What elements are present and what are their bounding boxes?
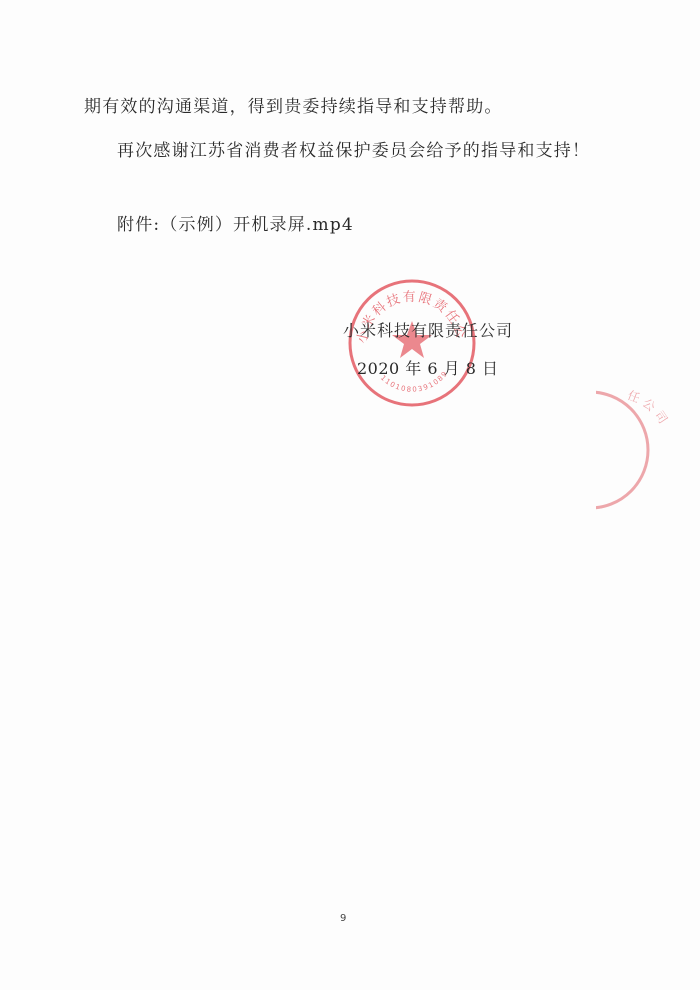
partial-seal-icon: 任公司 [596,388,700,512]
document-page: 小米科技有限责任公司 1101080391089 任公司 期有效的沟通渠道，得到… [0,0,700,990]
paragraph-2: 再次感谢江苏省消费者权益保护委员会给予的指导和支持！ [117,136,590,161]
paragraph-1: 期有效的沟通渠道，得到贵委持续指导和支持帮助。 [84,92,503,117]
signature-company: 小米科技有限责任公司 [343,318,513,341]
attachment-line: 附件:（示例）开机录屏.mp4 [117,210,354,235]
company-seal-icon: 小米科技有限责任公司 1101080391089 [346,277,478,409]
signature-date: 2020 年 6 月 8 日 [357,356,499,379]
page-number: 9 [340,913,346,924]
